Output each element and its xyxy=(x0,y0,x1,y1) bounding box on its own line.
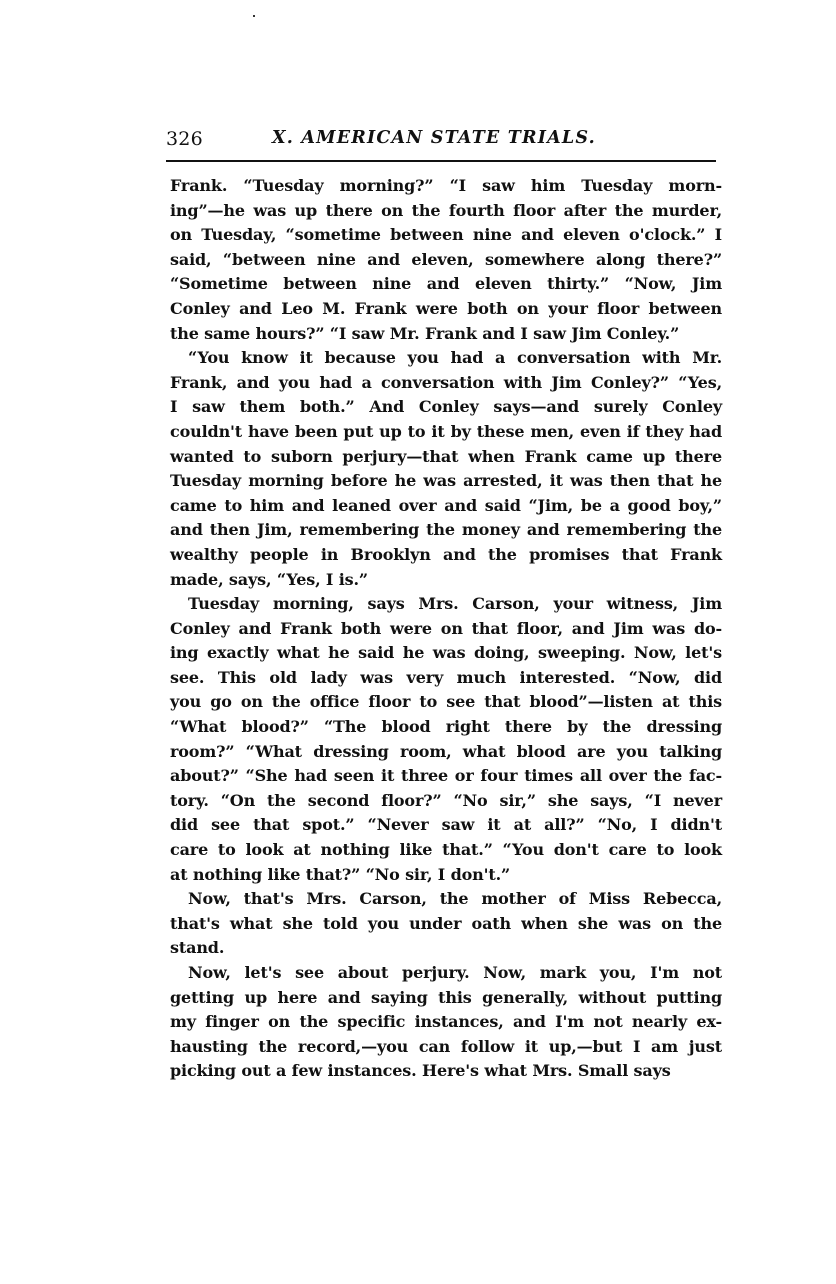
running-head: X. AMERICAN STATE TRIALS. xyxy=(272,128,596,148)
text-line: made, says, “Yes, I is.” xyxy=(170,568,722,593)
text-line: Tuesday morning, says Mrs. Carson, your … xyxy=(170,592,722,617)
text-line: said, “between nine and eleven, somewher… xyxy=(170,248,722,273)
text-line: hausting the record,—you can follow it u… xyxy=(170,1035,722,1060)
text-line: my finger on the specific instances, and… xyxy=(170,1010,722,1035)
text-line: “What blood?” “The blood right there by … xyxy=(170,715,722,740)
text-line: “Sometime between nine and eleven thirty… xyxy=(170,272,722,297)
text-line: about?” “She had seen it three or four t… xyxy=(170,764,722,789)
text-line: at nothing like that?” “No sir, I don't.… xyxy=(170,863,722,888)
text-line: Frank. “Tuesday morning?” “I saw him Tue… xyxy=(170,174,722,199)
text-line: ing exactly what he said he was doing, s… xyxy=(170,641,722,666)
paragraph: Now, let's see about perjury. Now, mark … xyxy=(170,961,722,1084)
body-text: Frank. “Tuesday morning?” “I saw him Tue… xyxy=(170,174,722,1084)
page-header: 326 X. AMERICAN STATE TRIALS. xyxy=(166,128,722,152)
text-line: wanted to suborn perjury—that when Frank… xyxy=(170,445,722,470)
text-line: care to look at nothing like that.” “You… xyxy=(170,838,722,863)
text-line: Conley and Frank both were on that floor… xyxy=(170,617,722,642)
text-line: wealthy people in Brooklyn and the promi… xyxy=(170,543,722,568)
text-line: I saw them both.” And Conley says—and su… xyxy=(170,395,722,420)
text-line: came to him and leaned over and said “Ji… xyxy=(170,494,722,519)
text-line: getting up here and saying this generall… xyxy=(170,986,722,1011)
scan-speck xyxy=(253,15,255,17)
text-line: picking out a few instances. Here's what… xyxy=(170,1059,722,1084)
text-line: Now, let's see about perjury. Now, mark … xyxy=(170,961,722,986)
text-line: stand. xyxy=(170,936,722,961)
paragraph: “You know it because you had a conversat… xyxy=(170,346,722,592)
page-number: 326 xyxy=(166,128,203,150)
text-line: Frank, and you had a conversation with J… xyxy=(170,371,722,396)
text-line: tory. “On the second floor?” “No sir,” s… xyxy=(170,789,722,814)
text-line: see. This old lady was very much interes… xyxy=(170,666,722,691)
paragraph: Now, that's Mrs. Carson, the mother of M… xyxy=(170,887,722,961)
text-line: the same hours?” “I saw Mr. Frank and I … xyxy=(170,322,722,347)
text-line: Now, that's Mrs. Carson, the mother of M… xyxy=(170,887,722,912)
text-line: and then Jim, remembering the money and … xyxy=(170,518,722,543)
paragraph: Tuesday morning, says Mrs. Carson, your … xyxy=(170,592,722,887)
text-line: Tuesday morning before he was arrested, … xyxy=(170,469,722,494)
text-line: that's what she told you under oath when… xyxy=(170,912,722,937)
paragraph: Frank. “Tuesday morning?” “I saw him Tue… xyxy=(170,174,722,346)
text-line: “You know it because you had a conversat… xyxy=(170,346,722,371)
text-line: on Tuesday, “sometime between nine and e… xyxy=(170,223,722,248)
text-line: room?” “What dressing room, what blood a… xyxy=(170,740,722,765)
text-line: Conley and Leo M. Frank were both on you… xyxy=(170,297,722,322)
text-line: you go on the office floor to see that b… xyxy=(170,690,722,715)
text-line: couldn't have been put up to it by these… xyxy=(170,420,722,445)
text-line: ing”—he was up there on the fourth floor… xyxy=(170,199,722,224)
text-line: did see that spot.” “Never saw it at all… xyxy=(170,813,722,838)
header-rule xyxy=(166,160,716,162)
